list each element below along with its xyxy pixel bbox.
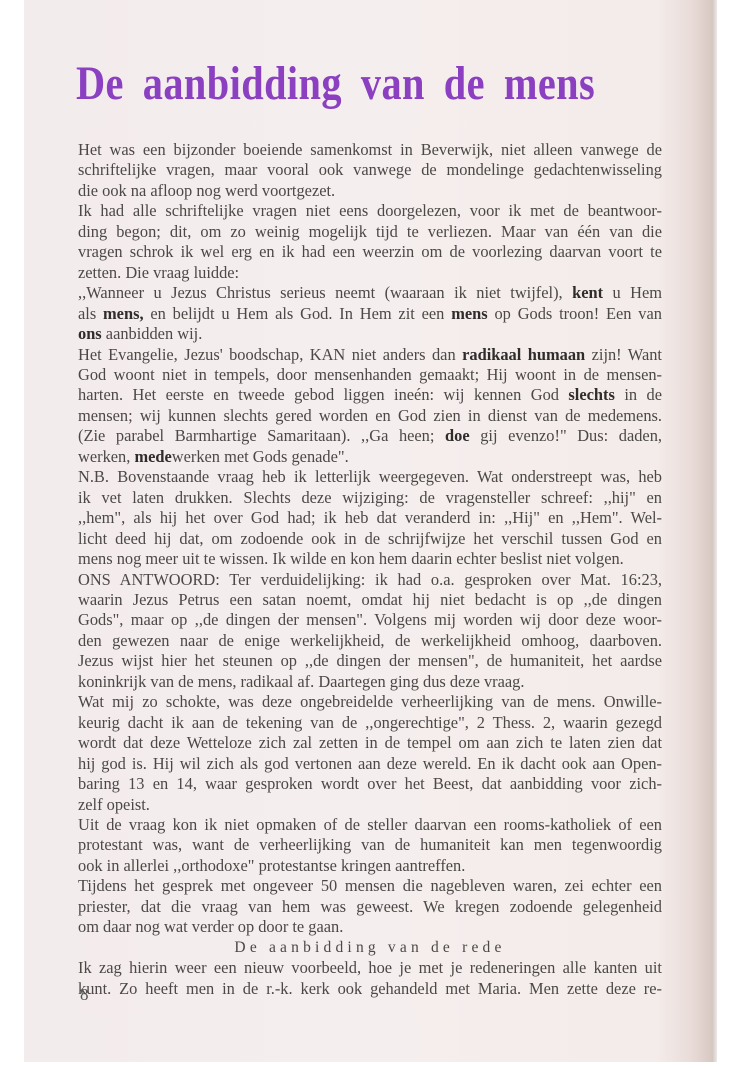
page-number: 8 — [80, 985, 89, 1005]
text-line: harten. Het eerste en tweede gebod ligge… — [78, 385, 662, 405]
paragraph: Uit de vraag kon ik niet opmaken of de s… — [78, 815, 662, 876]
text-line: Ik zag hierin weer een nieuw voorbeeld, … — [78, 958, 662, 978]
text-line: zetten. Die vraag luidde: — [78, 263, 662, 283]
text-line: Tijdens het gesprek met ongeveer 50 mens… — [78, 876, 662, 896]
paragraph: N.B. Bovenstaande vraag heb ik letterlij… — [78, 467, 662, 569]
text-line: licht deed hij dat, om zodoende ook in d… — [78, 529, 662, 549]
text-line: mensen; wij kunnen slechts gered worden … — [78, 406, 662, 426]
paragraph: ,,Wanneer u Jezus Christus serieus neemt… — [78, 283, 662, 344]
text-line: Uit de vraag kon ik niet opmaken of de s… — [78, 815, 662, 835]
text-line: zelf opeist. — [78, 795, 662, 815]
text-line: baring 13 en 14, waar gesproken wordt ov… — [78, 774, 662, 794]
text-line: Ik had alle schriftelijke vragen niet ee… — [78, 201, 662, 221]
text-line: ,,hem", als hij het over God had; ik heb… — [78, 508, 662, 528]
text-line: ons aanbidden wij. — [78, 324, 662, 344]
page-edge — [712, 0, 717, 1062]
text-line: om daar nog wat verder op door te gaan. — [78, 917, 662, 937]
text-line: ONS ANTWOORD: Ter verduidelijking: ik ha… — [78, 570, 662, 590]
text-line: waarin Jezus Petrus een satan noemt, omd… — [78, 590, 662, 610]
text-line: keurig dacht ik aan de tekening van de ,… — [78, 713, 662, 733]
text-line: Het was een bijzonder boeiende samenkoms… — [78, 140, 662, 160]
text-line: God woont niet in tempels, door mensenha… — [78, 365, 662, 385]
text-line: wordt dat deze Wetteloze zich zal zetten… — [78, 733, 662, 753]
text-line: ding begon; dit, om zo weinig mogelijk t… — [78, 222, 662, 242]
text-line: protestant was, want de verheerlijking v… — [78, 835, 662, 855]
text-line: ik vet laten drukken. Slechts deze wijzi… — [78, 488, 662, 508]
paragraph: Het was een bijzonder boeiende samenkoms… — [78, 140, 662, 201]
paragraph: Ik had alle schriftelijke vragen niet ee… — [78, 201, 662, 283]
text-line: kunt. Zo heeft men in de r.-k. kerk ook … — [78, 979, 662, 999]
paragraph: Tijdens het gesprek met ongeveer 50 mens… — [78, 876, 662, 937]
section-heading: De aanbidding van de rede — [78, 938, 662, 958]
text-line: als mens, en belijdt u Hem als God. In H… — [78, 304, 662, 324]
text-line: ook in allerlei ,,orthodoxe" protestants… — [78, 856, 662, 876]
text-line: ,,Wanneer u Jezus Christus serieus neemt… — [78, 283, 662, 303]
text-line: den gewezen naar de enige werkelijkheid,… — [78, 631, 662, 651]
text-line: Jezus wijst hier het steunen op ,,de din… — [78, 651, 662, 671]
text-line: koninkrijk van de mens, radikaal af. Daa… — [78, 672, 662, 692]
paragraph: ONS ANTWOORD: Ter verduidelijking: ik ha… — [78, 570, 662, 693]
text-line: N.B. Bovenstaande vraag heb ik letterlij… — [78, 467, 662, 487]
paragraph: Ik zag hierin weer een nieuw voorbeeld, … — [78, 958, 662, 999]
text-line: werken, medewerken met Gods genade". — [78, 447, 662, 467]
text-line: Gods", maar op ,,de dingen der mensen". … — [78, 610, 662, 630]
text-line: priester, dat die vraag van hem was gewe… — [78, 897, 662, 917]
text-line: Wat mij zo schokte, was deze ongebreidel… — [78, 692, 662, 712]
text-line: hij god is. Hij wil zich als god vertone… — [78, 754, 662, 774]
text-line: die ook na afloop nog werd voortgezet. — [78, 181, 662, 201]
paragraph: Het Evangelie, Jezus' boodschap, KAN nie… — [78, 345, 662, 468]
article-body: Het was een bijzonder boeiende samenkoms… — [78, 140, 662, 999]
text-line: schriftelijke vragen, maar vooral ook va… — [78, 160, 662, 180]
text-line: (Zie parabel Barmhartige Samaritaan). ,,… — [78, 426, 662, 446]
text-line: vragen schrok ik wel erg en ik had een w… — [78, 242, 662, 262]
paragraph: Wat mij zo schokte, was deze ongebreidel… — [78, 692, 662, 815]
text-line: Het Evangelie, Jezus' boodschap, KAN nie… — [78, 345, 662, 365]
text-line: mens nog meer uit te wissen. Ik wilde en… — [78, 549, 662, 569]
page-title: De aanbidding van de mens — [76, 56, 595, 111]
